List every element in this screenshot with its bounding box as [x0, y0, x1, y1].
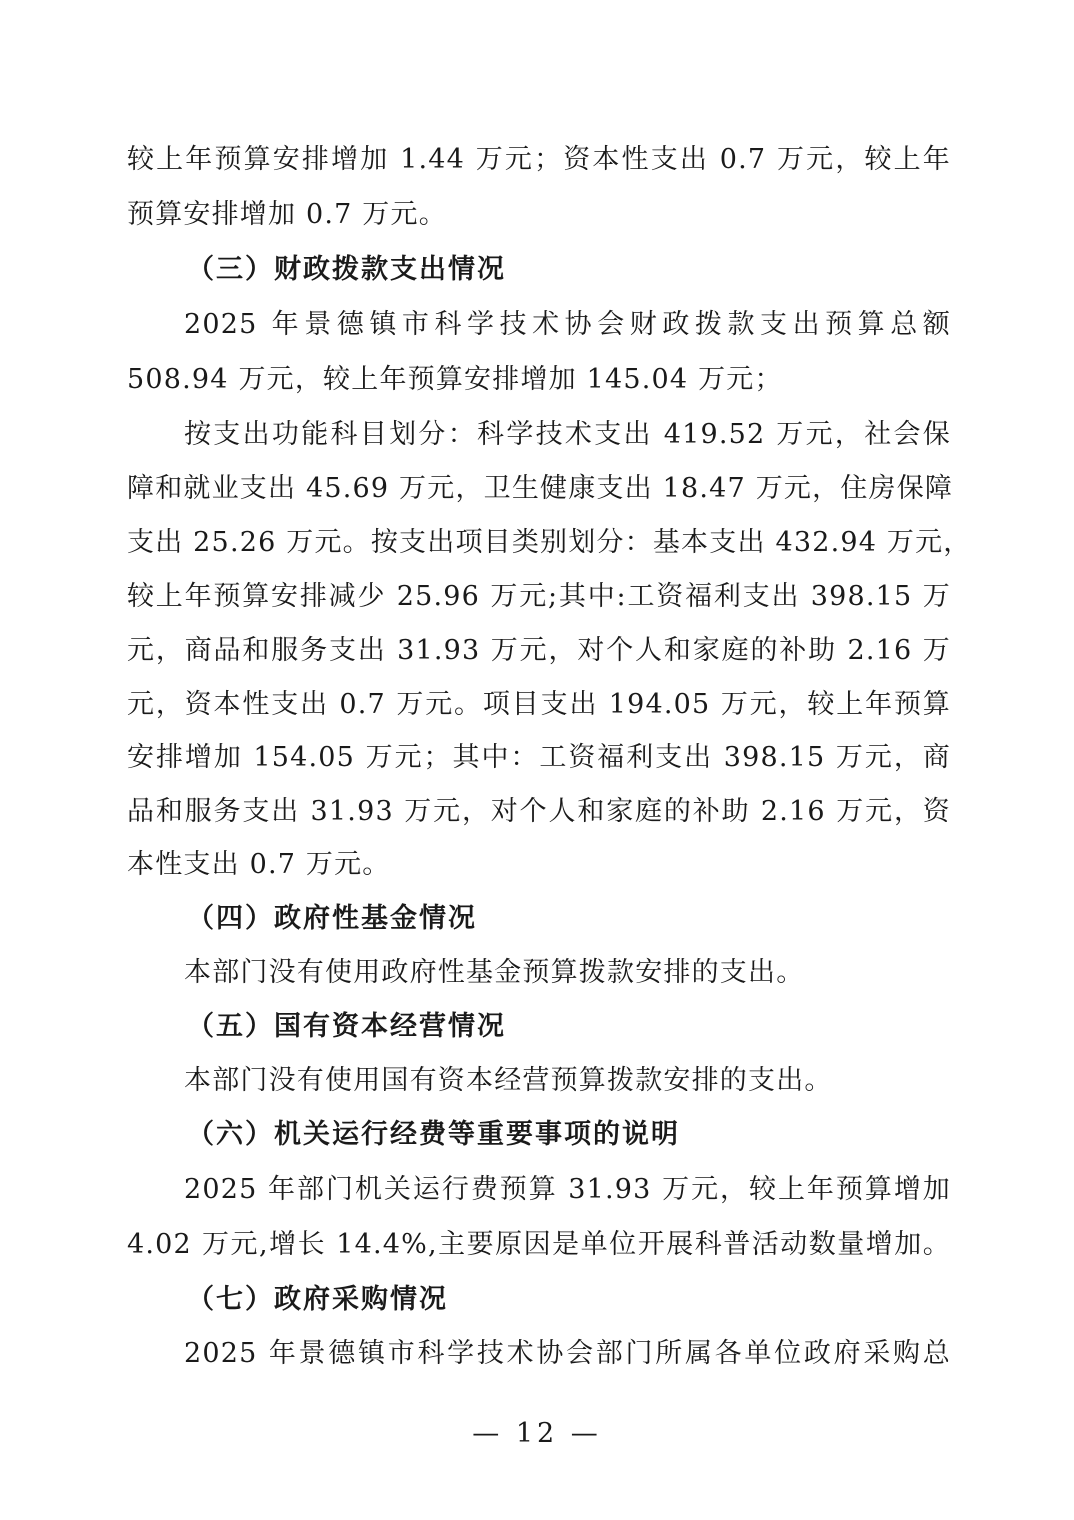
paragraph-line: 508.94 万元，较上年预算安排增加 145.04 万元；: [127, 353, 951, 407]
paragraph-line: 障和就业支出 45.69 万元，卫生健康支出 18.47 万元，住房保障: [127, 462, 951, 516]
paragraph-line: 较上年预算安排减少 25.96 万元;其中:工资福利支出 398.15 万: [127, 570, 951, 624]
paragraph-line: 支出 25.26 万元。按支出项目类别划分：基本支出 432.94 万元，: [127, 516, 951, 570]
paragraph-line: 元，资本性支出 0.7 万元。项目支出 194.05 万元，较上年预算: [127, 678, 951, 732]
paragraph-line: 预算安排增加 0.7 万元。: [127, 188, 951, 242]
paragraph-line: 本性支出 0.7 万元。: [127, 838, 951, 892]
paragraph-line: 元，商品和服务支出 31.93 万元，对个人和家庭的补助 2.16 万: [127, 624, 951, 678]
paragraph-line: 本部门没有使用国有资本经营预算拨款安排的支出。: [127, 1054, 951, 1108]
section-heading-3: （三）财政拨款支出情况: [127, 243, 951, 297]
page-number: — 12 —: [0, 1418, 1074, 1449]
section-heading-6: （六）机关运行经费等重要事项的说明: [127, 1108, 951, 1162]
section-heading-7: （七）政府采购情况: [127, 1273, 951, 1327]
paragraph-line: 2025 年部门机关运行费预算 31.93 万元，较上年预算增加: [127, 1163, 951, 1217]
section-heading-4: （四）政府性基金情况: [127, 892, 951, 946]
paragraph-line: 4.02 万元,增长 14.4%,主要原因是单位开展科普活动数量增加。: [127, 1218, 951, 1272]
section-heading-5: （五）国有资本经营情况: [127, 1000, 951, 1054]
paragraph-line: 较上年预算安排增加 1.44 万元；资本性支出 0.7 万元，较上年: [127, 133, 951, 187]
paragraph-line: 按支出功能科目划分：科学技术支出 419.52 万元，社会保: [127, 408, 951, 462]
paragraph-line: 本部门没有使用政府性基金预算拨款安排的支出。: [127, 946, 951, 1000]
paragraph-line: 2025 年景德镇市科学技术协会财政拨款支出预算总额: [127, 298, 951, 352]
paragraph-line: 2025 年景德镇市科学技术协会部门所属各单位政府采购总: [127, 1327, 951, 1381]
paragraph-line: 安排增加 154.05 万元；其中：工资福利支出 398.15 万元，商: [127, 731, 951, 785]
paragraph-line: 品和服务支出 31.93 万元，对个人和家庭的补助 2.16 万元，资: [127, 785, 951, 839]
